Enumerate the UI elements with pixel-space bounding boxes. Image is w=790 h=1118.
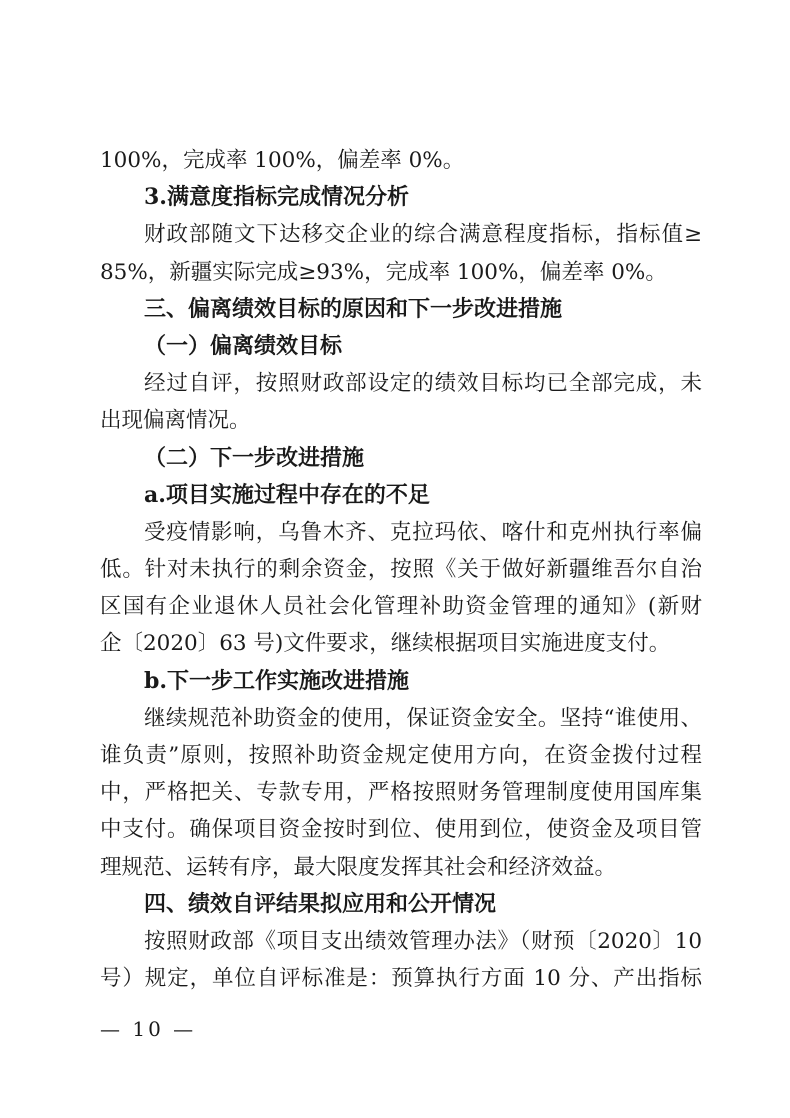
heading-a-shortcomings: a.项目实施过程中存在的不足	[100, 477, 702, 514]
page-number: — 10 —	[100, 1014, 196, 1044]
body-line: 85%，新疆实际完成≥93%，完成率 100%，偏差率 0%。	[100, 254, 702, 291]
body-line: 理规范、运转有序，最大限度发挥其社会和经济效益。	[100, 849, 702, 886]
body-line: 中，严格把关、专款专用，严格按照财务管理制度使用国库集	[100, 774, 702, 811]
heading-b-next-step-measures: b.下一步工作实施改进措施	[100, 663, 702, 700]
heading-section-4-self-evaluation: 四、绩效自评结果拟应用和公开情况	[100, 886, 702, 923]
body-line: 企〔2020〕63 号)文件要求，继续根据项目实施进度支付。	[100, 625, 702, 662]
body-line: 出现偏离情况。	[100, 402, 702, 439]
heading-sub-1-deviation-targets: （一）偏离绩效目标	[100, 328, 702, 365]
body-line: 区国有企业退休人员社会化管理补助资金管理的通知》(新财	[100, 588, 702, 625]
body-line: 继续规范补助资金的使用，保证资金安全。坚持“谁使用、	[100, 700, 702, 737]
body-line: 低。针对未执行的剩余资金，按照《关于做好新疆维吾尔自治	[100, 551, 702, 588]
body-line: 经过自评，按照财政部设定的绩效目标均已全部完成，未	[100, 365, 702, 402]
body-line: 中支付。确保项目资金按时到位、使用到位，使资金及项目管	[100, 811, 702, 848]
body-line: 按照财政部《项目支出绩效管理办法》（财预〔2020〕10	[100, 923, 702, 960]
page-content: 100%，完成率 100%，偏差率 0%。 3.满意度指标完成情况分析 财政部随…	[100, 142, 702, 997]
body-line: 受疫情影响，乌鲁木齐、克拉玛依、喀什和克州执行率偏	[100, 514, 702, 551]
body-line: 谁负责”原则，按照补助资金规定使用方向，在资金拨付过程	[100, 737, 702, 774]
document-page: 100%，完成率 100%，偏差率 0%。 3.满意度指标完成情况分析 财政部随…	[0, 0, 790, 1118]
heading-section-3-deviation: 三、偏离绩效目标的原因和下一步改进措施	[100, 291, 702, 328]
body-line: 号）规定，单位自评标准是：预算执行方面 10 分、产出指标	[100, 960, 702, 997]
body-line: 100%，完成率 100%，偏差率 0%。	[100, 142, 702, 179]
heading-satisfaction-analysis: 3.满意度指标完成情况分析	[100, 179, 702, 216]
body-line: 财政部随文下达移交企业的综合满意程度指标，指标值≥	[100, 216, 702, 253]
heading-sub-2-improvement-measures: （二）下一步改进措施	[100, 440, 702, 477]
